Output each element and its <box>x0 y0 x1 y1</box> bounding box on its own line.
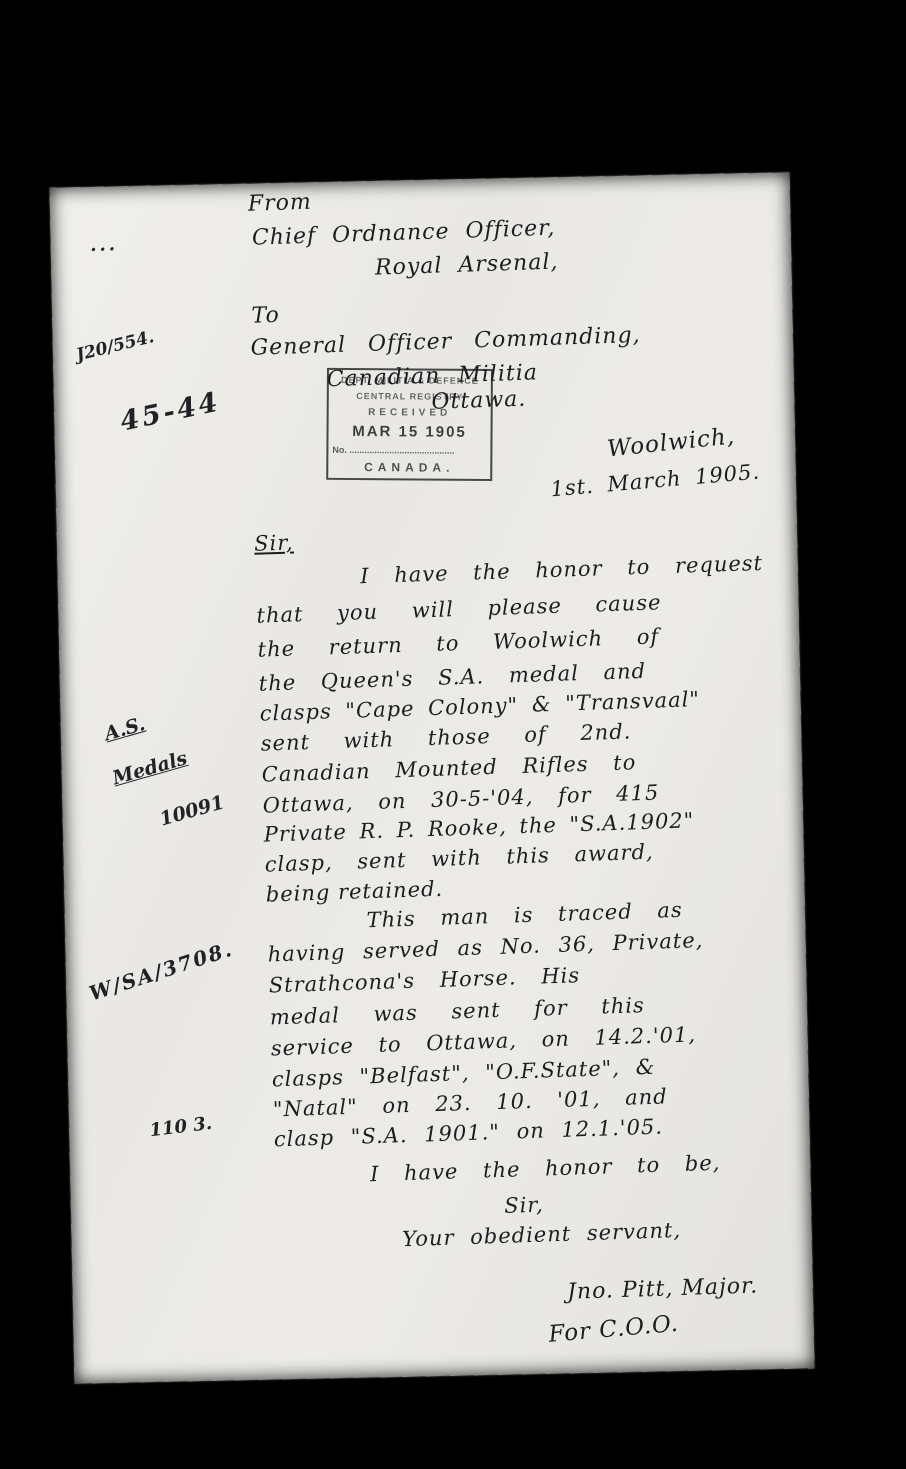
letter-page: DEPT. MILITIA & DEFENCE CENTRAL REGISTRY… <box>50 172 815 1383</box>
letter-place: Woolwich, <box>606 423 736 462</box>
closing-sir: Sir, <box>504 1193 544 1218</box>
closing-line1: I have the honor to be, <box>370 1151 721 1187</box>
letter-date: 1st. March 1905. <box>550 460 761 502</box>
margin-second-ref: W/SA/3708. <box>86 937 236 1006</box>
margin-medal-ref-2: Medals <box>110 747 190 789</box>
salutation: Sir, <box>254 530 294 555</box>
signature-for-coo: For C.O.O. <box>548 1311 680 1348</box>
body1-line2: that you will please cause <box>256 590 662 627</box>
from-place: Royal Arsenal, <box>375 250 559 281</box>
body2-line8: clasp "S.A. 1901." on 12.1.'05. <box>273 1115 663 1152</box>
margin-third-ref: 110 3. <box>148 1113 213 1141</box>
closing-servant: Your obedient servant, <box>402 1218 682 1251</box>
body1-line3: the return to Woolwich of <box>257 624 659 661</box>
body1-line7: Canadian Mounted Rifles to <box>261 750 636 786</box>
margin-medal-ref-3: 10091 <box>157 791 227 830</box>
margin-medal-ref-1: A.S. <box>102 713 147 745</box>
body1-line6: sent with those of 2nd. <box>260 719 631 755</box>
body1-line11: being retained. <box>265 877 443 907</box>
margin-dots: ... <box>90 234 118 256</box>
body2-line3: Strathcona's Horse. His <box>268 963 580 997</box>
to-office: General Officer Commanding, <box>250 323 641 361</box>
body2-line1: This man is traced as <box>366 898 683 932</box>
body2-line4: medal was sent for this <box>269 993 645 1029</box>
body1-line10: clasp, sent with this award, <box>264 840 654 877</box>
from-label: From <box>247 190 312 217</box>
from-office: Chief Ordnance Officer, <box>252 216 556 251</box>
body1-line1: I have the honor to request <box>360 551 764 588</box>
margin-registry-number: 45-44 <box>118 386 224 437</box>
to-label: To <box>251 303 280 329</box>
handwriting-layer: From Chief Ordnance Officer, Royal Arsen… <box>42 168 821 1388</box>
to-city: Ottawa. <box>431 387 527 415</box>
signature: Jno. Pitt, Major. <box>567 1273 759 1304</box>
body2-line2: having served as No. 36, Private, <box>267 928 703 966</box>
margin-file-number: J20/554. <box>74 327 156 365</box>
